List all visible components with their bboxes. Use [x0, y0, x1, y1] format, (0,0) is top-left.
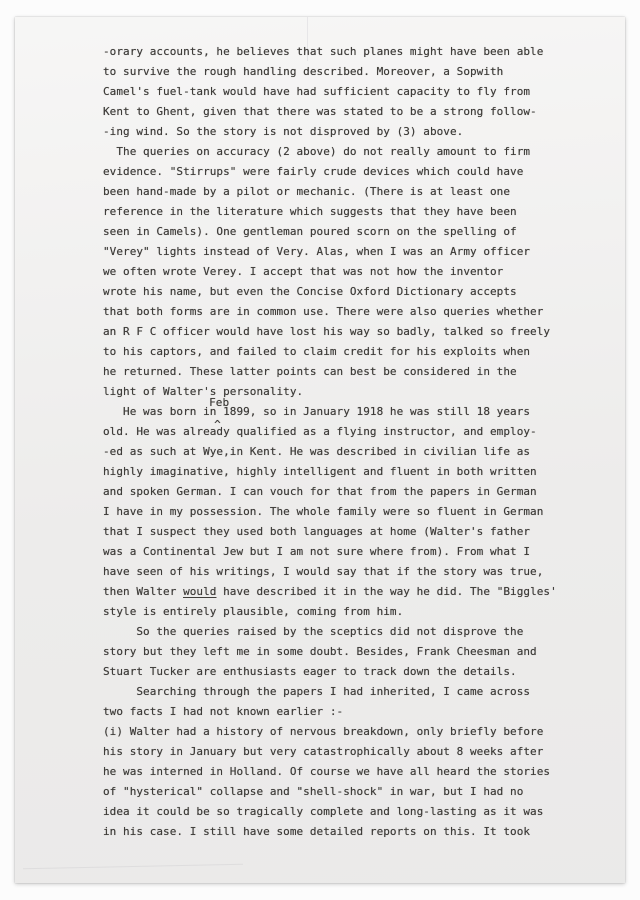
- text-segment: highly imaginative, highly intelligent a…: [103, 465, 537, 478]
- document-page: -orary accounts, he believes that such p…: [15, 17, 625, 883]
- text-line: he returned. These latter points can bes…: [103, 362, 583, 382]
- text-segment: was a Continental Jew but I am not sure …: [103, 545, 530, 558]
- text-segment: Searching through the papers I had inher…: [103, 685, 530, 698]
- text-segment: he was interned in Holland. Of course we…: [103, 765, 550, 778]
- text-segment: would: [183, 585, 216, 598]
- text-segment: So the queries raised by the sceptics di…: [103, 625, 523, 638]
- text-segment: to his captors, and failed to claim cred…: [103, 345, 530, 358]
- text-line: Camel's fuel-tank would have had suffici…: [103, 82, 583, 102]
- text-line: I have in my possession. The whole famil…: [103, 502, 583, 522]
- text-segment: -ed as such at Wye,in Kent. He was descr…: [103, 445, 530, 458]
- text-line: reference in the literature which sugges…: [103, 202, 583, 222]
- text-line: that I suspect they used both languages …: [103, 522, 583, 542]
- text-line: been hand-made by a pilot or mechanic. (…: [103, 182, 583, 202]
- text-line: Stuart Tucker are enthusiasts eager to t…: [103, 662, 583, 682]
- text-line: he was interned in Holland. Of course we…: [103, 762, 583, 782]
- text-line: -ing wind. So the story is not disproved…: [103, 122, 583, 142]
- text-segment: been hand-made by a pilot or mechanic. (…: [103, 185, 510, 198]
- text-segment: that both forms are in common use. There…: [103, 305, 543, 318]
- text-line: then Walter would have described it in t…: [103, 582, 583, 602]
- text-line: was a Continental Jew but I am not sure …: [103, 542, 583, 562]
- text-segment: Kent to Ghent, given that there was stat…: [103, 105, 537, 118]
- text-segment: -orary accounts, he believes that such p…: [103, 45, 543, 58]
- text-line: -ed as such at Wye,in Kent. He was descr…: [103, 442, 583, 462]
- text-segment: have described it in the way he did. The…: [216, 585, 556, 598]
- text-segment: of "hysterical" collapse and "shell-shoc…: [103, 785, 523, 798]
- text-line: light of Walter's personality.: [103, 382, 583, 402]
- text-line: an R F C officer would have lost his way…: [103, 322, 583, 342]
- insertion-caret-icon: ^: [214, 415, 221, 435]
- text-segment: Camel's fuel-tank would have had suffici…: [103, 85, 530, 98]
- text-line: He was born in Feb^1899, so in January 1…: [103, 402, 583, 422]
- text-segment: old. He was already qualified as a flyin…: [103, 425, 537, 438]
- text-line: and spoken German. I can vouch for that …: [103, 482, 583, 502]
- text-segment: story but they left me in some doubt. Be…: [103, 645, 537, 658]
- text-segment: light of Walter's personality.: [103, 385, 303, 398]
- text-line: seen in Camels). One gentleman poured sc…: [103, 222, 583, 242]
- paper-crease-bottom: [23, 864, 243, 870]
- text-segment: The queries on accuracy (2 above) do not…: [103, 145, 530, 158]
- text-segment: in his case. I still have some detailed …: [103, 825, 530, 838]
- text-line: story but they left me in some doubt. Be…: [103, 642, 583, 662]
- text-segment: his story in January but very catastroph…: [103, 745, 543, 758]
- text-line: wrote his name, but even the Concise Oxf…: [103, 282, 583, 302]
- text-segment: evidence. "Stirrups" were fairly crude d…: [103, 165, 523, 178]
- text-segment: I have in my possession. The whole famil…: [103, 505, 543, 518]
- text-line: have seen of his writings, I would say t…: [103, 562, 583, 582]
- text-line: style is entirely plausible, coming from…: [103, 602, 583, 622]
- text-line: old. He was already qualified as a flyin…: [103, 422, 583, 442]
- text-segment: seen in Camels). One gentleman poured sc…: [103, 225, 517, 238]
- text-line: Searching through the papers I had inher…: [103, 682, 583, 702]
- text-line: Kent to Ghent, given that there was stat…: [103, 102, 583, 122]
- text-line: The queries on accuracy (2 above) do not…: [103, 142, 583, 162]
- text-line: "Verey" lights instead of Very. Alas, wh…: [103, 242, 583, 262]
- text-segment: 1899, so in January 1918 he was still 18…: [223, 405, 530, 418]
- text-line: we often wrote Verey. I accept that was …: [103, 262, 583, 282]
- text-line: highly imaginative, highly intelligent a…: [103, 462, 583, 482]
- text-segment: "Verey" lights instead of Very. Alas, wh…: [103, 245, 530, 258]
- text-line: that both forms are in common use. There…: [103, 302, 583, 322]
- text-segment: (i) Walter had a history of nervous brea…: [103, 725, 543, 738]
- text-line: evidence. "Stirrups" were fairly crude d…: [103, 162, 583, 182]
- text-segment: we often wrote Verey. I accept that was …: [103, 265, 503, 278]
- text-segment: then Walter: [103, 585, 183, 598]
- text-segment: have seen of his writings, I would say t…: [103, 565, 543, 578]
- text-line: his story in January but very catastroph…: [103, 742, 583, 762]
- text-segment: Stuart Tucker are enthusiasts eager to t…: [103, 665, 517, 678]
- text-line: -orary accounts, he believes that such p…: [103, 42, 583, 62]
- text-line: (i) Walter had a history of nervous brea…: [103, 722, 583, 742]
- text-segment: he returned. These latter points can bes…: [103, 365, 517, 378]
- text-segment: reference in the literature which sugges…: [103, 205, 517, 218]
- text-line: to his captors, and failed to claim cred…: [103, 342, 583, 362]
- text-segment: that I suspect they used both languages …: [103, 525, 530, 538]
- text-segment: idea it could be so tragically complete …: [103, 805, 543, 818]
- text-segment: an R F C officer would have lost his way…: [103, 325, 550, 338]
- text-line: in his case. I still have some detailed …: [103, 822, 583, 842]
- text-line: two facts I had not known earlier :-: [103, 702, 583, 722]
- text-segment: wrote his name, but even the Concise Oxf…: [103, 285, 517, 298]
- text-segment: style is entirely plausible, coming from…: [103, 605, 403, 618]
- text-line: to survive the rough handling described.…: [103, 62, 583, 82]
- text-segment: to survive the rough handling described.…: [103, 65, 503, 78]
- text-segment: -ing wind. So the story is not disproved…: [103, 125, 463, 138]
- text-segment: two facts I had not known earlier :-: [103, 705, 343, 718]
- typewritten-text: -orary accounts, he believes that such p…: [103, 42, 583, 842]
- text-line: of "hysterical" collapse and "shell-shoc…: [103, 782, 583, 802]
- text-line: idea it could be so tragically complete …: [103, 802, 583, 822]
- text-segment: He was born in: [103, 405, 223, 418]
- insertion-text: Feb: [209, 393, 229, 413]
- text-segment: and spoken German. I can vouch for that …: [103, 485, 537, 498]
- text-line: So the queries raised by the sceptics di…: [103, 622, 583, 642]
